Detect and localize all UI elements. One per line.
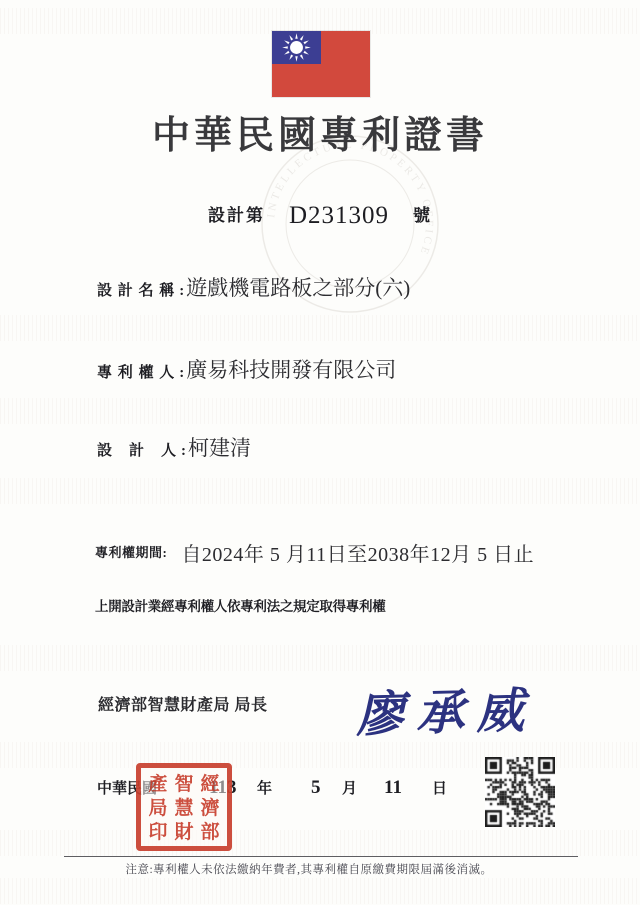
texture-band — [0, 645, 640, 671]
field-colon: : — [179, 365, 184, 381]
roc-flag-icon — [272, 31, 370, 97]
footer-note: 注意:專利權人未依法繳納年費者,其專利權自原繳費期限屆滿後消滅。 — [0, 861, 618, 877]
director-signature: 廖承威 — [355, 672, 537, 746]
seal-column: 智慧財 — [173, 773, 195, 841]
field-value: 遊戲機電路板之部分(六) — [186, 276, 410, 300]
field-value: 柯建清 — [188, 436, 251, 460]
field-patentee: 專 利 權 人:廣易科技開發有限公司 — [97, 354, 396, 384]
date-day-unit: 日 — [432, 777, 447, 798]
seal-column: 產局印 — [147, 773, 169, 841]
field-designer: 設 計 人:柯建清 — [97, 432, 251, 462]
texture-band — [0, 478, 640, 504]
qr-code — [485, 757, 555, 827]
field-value: 廣易科技開發有限公司 — [186, 358, 396, 382]
field-patent-term: 專利權期間:自2024年 5 月11日至2038年12月 5 日止 — [95, 538, 534, 567]
grant-statement: 上開設計業經專利權人依專利法之規定取得專利權 — [95, 595, 385, 615]
texture-band — [0, 830, 640, 856]
page-title: 中華民國專利證書 — [0, 104, 640, 159]
date-year-unit: 年 — [257, 777, 272, 798]
texture-band — [0, 398, 640, 424]
cert-no-suffix: 號 — [413, 206, 432, 225]
official-red-seal: 經濟部 智慧財 產局印 — [136, 763, 232, 851]
field-colon: : — [181, 443, 186, 459]
field-design-name: 設 計 名 稱:遊戲機電路板之部分(六) — [97, 272, 410, 302]
field-colon: : — [179, 283, 184, 299]
certificate-page: INTELLECTUAL PROPERTY OFFICE 中華民國專利證書 設計… — [0, 0, 640, 905]
certificate-number: 設計第 D231309 號 — [0, 201, 640, 230]
date-month-unit: 月 — [342, 777, 357, 798]
field-label: 設 計 人 — [97, 443, 177, 459]
footer-divider — [64, 856, 578, 857]
field-value: 自2024年 5 月11日至2038年12月 5 日止 — [181, 544, 534, 566]
date-day: 11 — [384, 777, 402, 799]
field-label: 專 利 權 人 — [97, 365, 175, 381]
cert-no-prefix: 設計第 — [208, 206, 265, 225]
cert-no-value: D231309 — [289, 202, 389, 229]
texture-band — [0, 878, 640, 904]
field-label: 設 計 名 稱 — [97, 283, 175, 299]
issuing-office-title: 經濟部智慧財產局 局長 — [98, 692, 268, 715]
texture-band — [0, 315, 640, 341]
seal-column: 經濟部 — [199, 773, 221, 841]
date-month: 5 — [311, 777, 321, 799]
field-label: 專利權期間: — [95, 545, 167, 560]
